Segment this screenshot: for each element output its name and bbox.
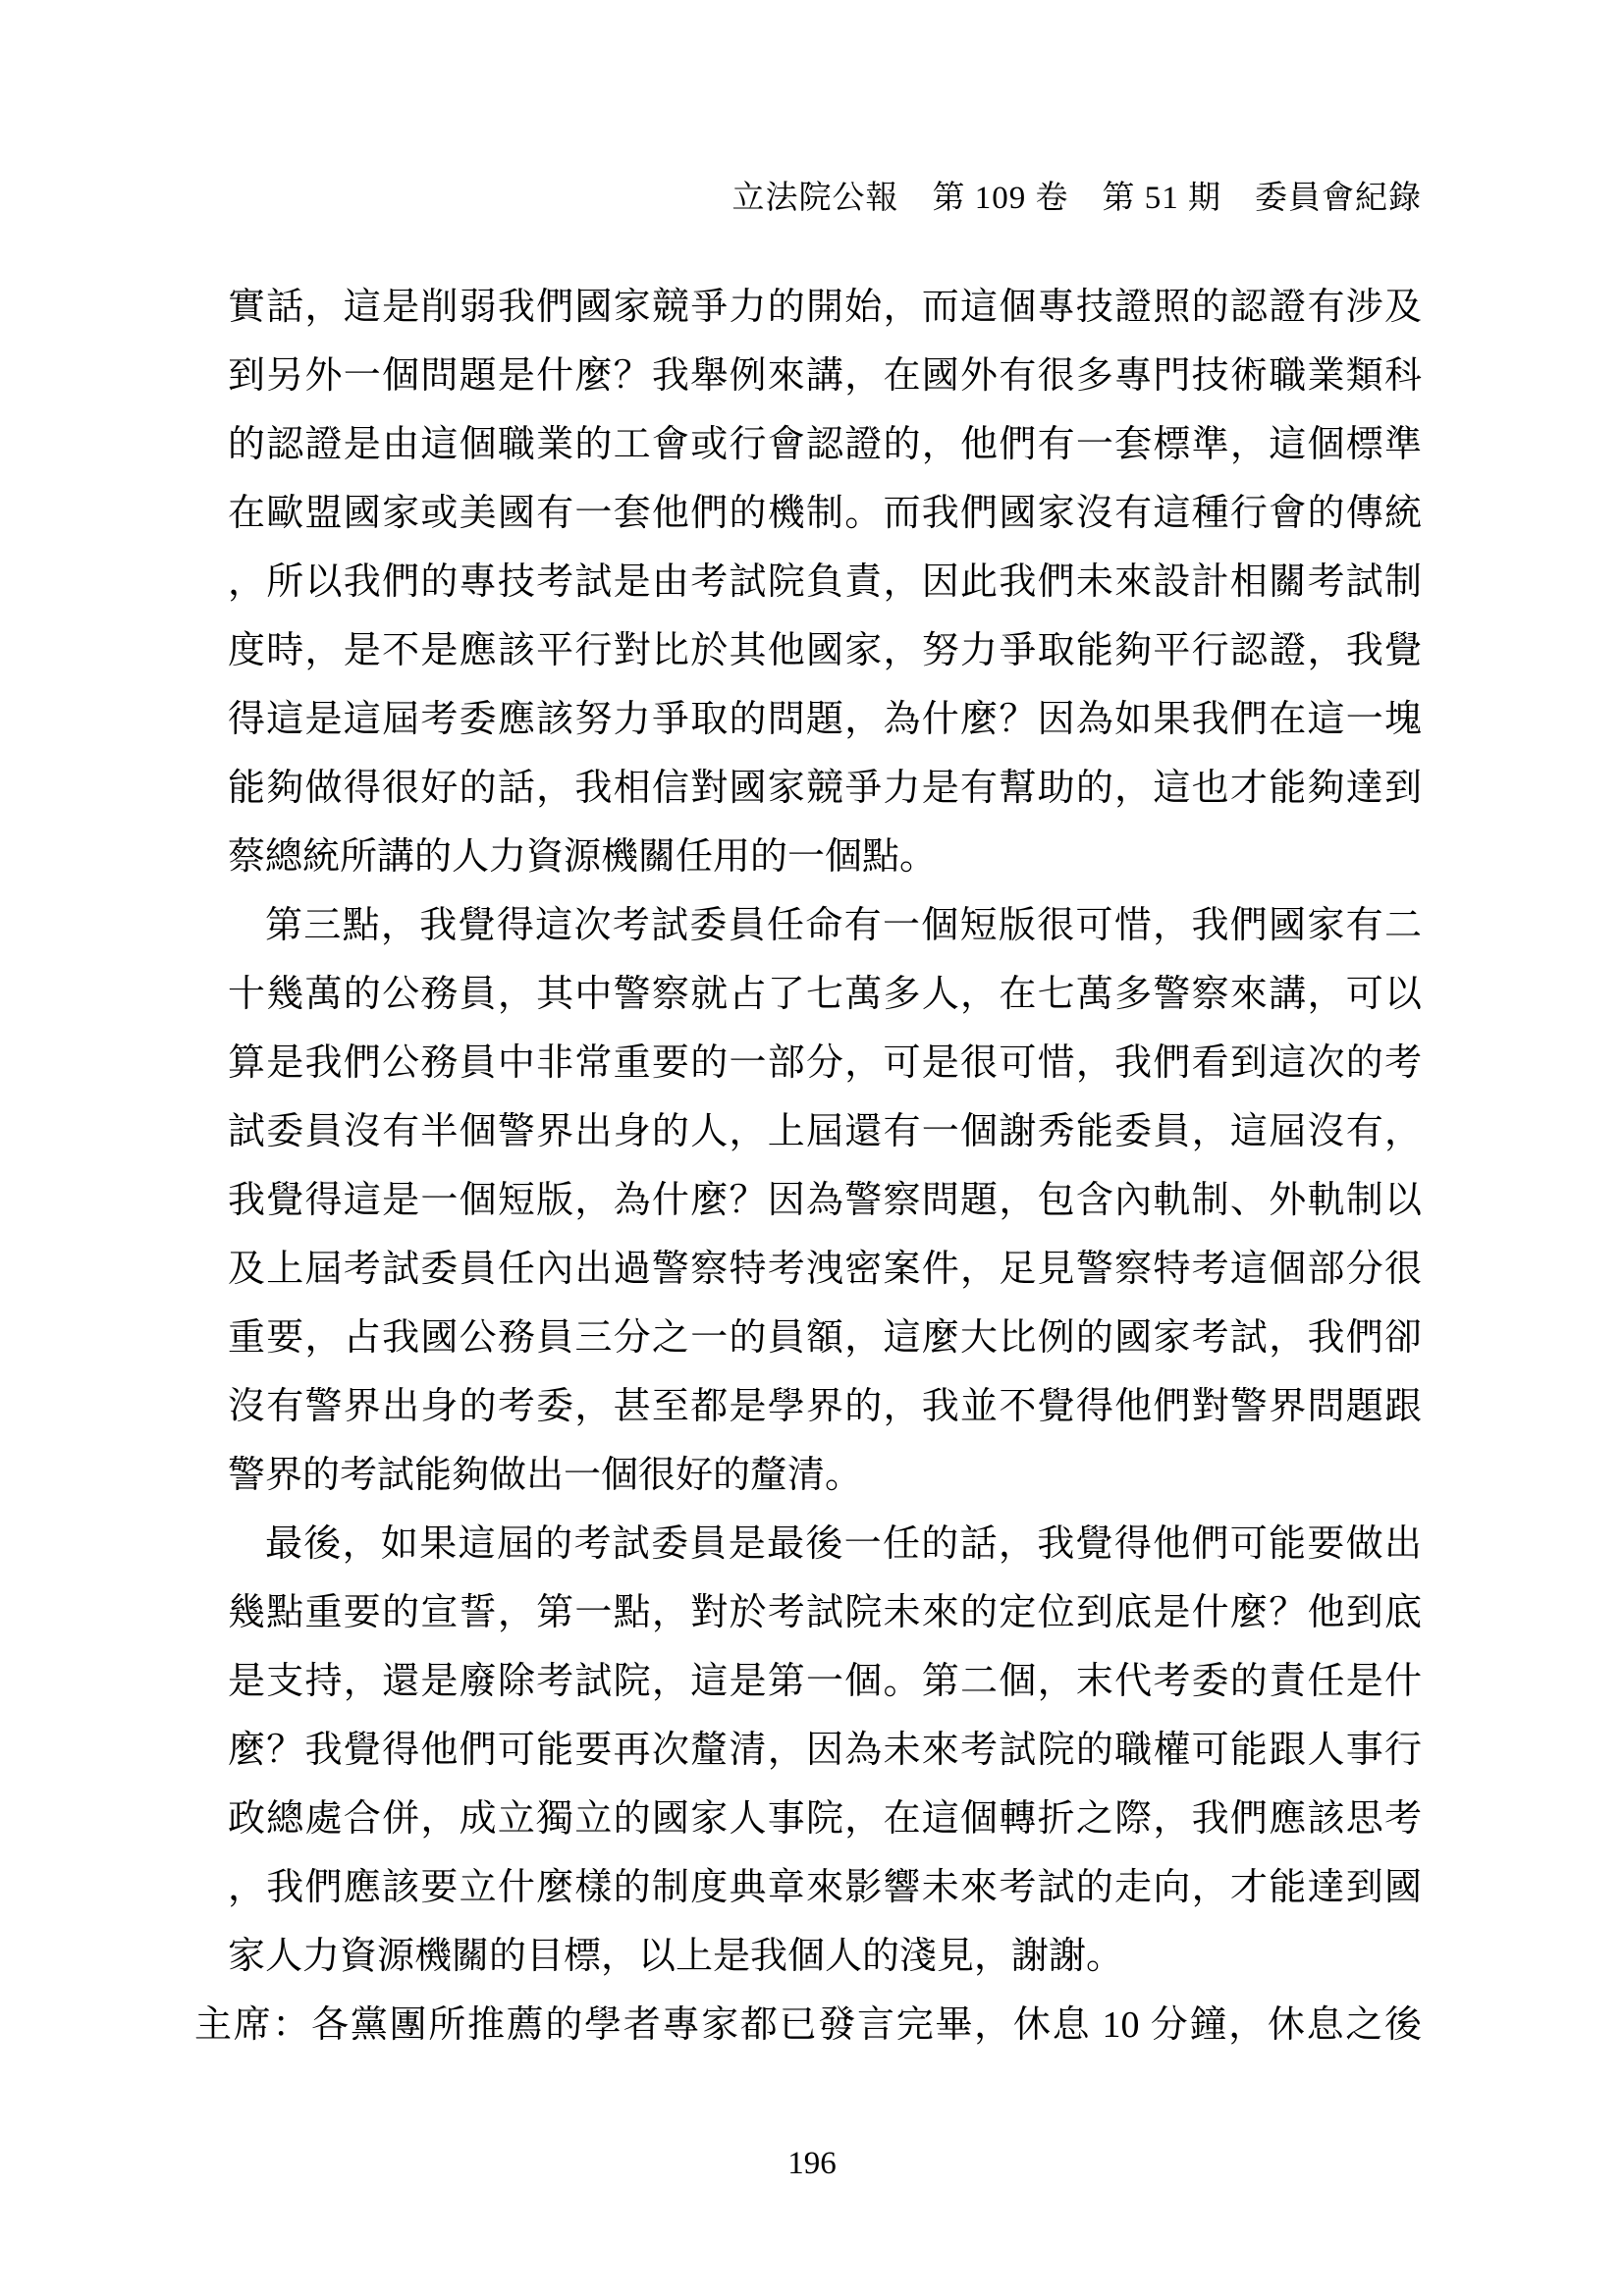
text-line-7: 得這是這屆考委應該努力爭取的問題，為什麼？因為如果我們在這一塊	[228, 685, 1422, 754]
text-line-21: 是支持，還是廢除考試院，這是第一個。第二個，末代考委的責任是什	[228, 1647, 1422, 1716]
text-line-11: 十幾萬的公務員，其中警察就占了七萬多人，在七萬多警察來講，可以	[228, 960, 1422, 1029]
text-line-16: 重要，占我國公務員三分之一的員額，這麼大比例的國家考試，我們卻	[228, 1304, 1422, 1372]
text-line-19: 最後，如果這屆的考試委員是最後一任的話，我覺得他們可能要做出	[228, 1510, 1422, 1578]
text-line-12: 算是我們公務員中非常重要的一部分，可是很可惜，我們看到這次的考	[228, 1029, 1422, 1097]
text-line-10: 第三點，我覺得這次考試委員任命有一個短版很可惜，我們國家有二	[228, 891, 1422, 960]
text-line-24: ，我們應該要立什麼樣的制度典章來影響未來考試的走向，才能達到國	[228, 1853, 1422, 1922]
text-line-17: 沒有警界出身的考委，甚至都是學界的，我並不覺得他們對警界問題跟	[228, 1372, 1422, 1441]
text-line-2: 到另外一個問題是什麼？我舉例來講，在國外有很多專門技術職業類科	[228, 342, 1422, 410]
text-line-14: 我覺得這是一個短版，為什麼？因為警察問題，包含內軌制、外軌制以	[228, 1166, 1422, 1235]
text-line-15: 及上屆考試委員任內出過警察特考洩密案件，足見警察特考這個部分很	[228, 1235, 1422, 1304]
text-line-20: 幾點重要的宣誓，第一點，對於考試院未來的定位到底是什麼？他到底	[228, 1578, 1422, 1647]
text-line-23: 政總處合併，成立獨立的國家人事院，在這個轉折之際，我們應該思考	[228, 1785, 1422, 1853]
gazette-page: 立法院公報 第 109 卷 第 51 期 委員會紀錄 實話，這是削弱我們國家競爭…	[0, 0, 1624, 2296]
page-number: 196	[0, 2142, 1624, 2185]
text-line-4: 在歐盟國家或美國有一套他們的機制。而我們國家沒有這種行會的傳統	[228, 479, 1422, 548]
text-line-8: 能夠做得很好的話，我相信對國家競爭力是有幫助的，這也才能夠達到	[228, 754, 1422, 823]
document-body: 實話，這是削弱我們國家競爭力的開始，而這個專技證照的認證有涉及到另外一個問題是什…	[228, 273, 1422, 2059]
text-line-25: 家人力資源機關的目標，以上是我個人的淺見，謝謝。	[228, 1922, 1422, 1991]
text-line-26: 主席：各黨團所推薦的學者專家都已發言完畢，休息 10 分鐘，休息之後	[194, 1991, 1422, 2059]
text-line-1: 實話，這是削弱我們國家競爭力的開始，而這個專技證照的認證有涉及	[228, 273, 1422, 342]
text-line-22: 麼？我覺得他們可能要再次釐清，因為未來考試院的職權可能跟人事行	[228, 1716, 1422, 1785]
text-line-6: 度時，是不是應該平行對比於其他國家，努力爭取能夠平行認證，我覺	[228, 616, 1422, 685]
text-line-13: 試委員沒有半個警界出身的人，上屆還有一個謝秀能委員，這屆沒有，	[228, 1097, 1422, 1166]
text-line-3: 的認證是由這個職業的工會或行會認證的，他們有一套標準，這個標準	[228, 410, 1422, 479]
running-header: 立法院公報 第 109 卷 第 51 期 委員會紀錄	[228, 177, 1422, 220]
text-line-9: 蔡總統所講的人力資源機關任用的一個點。	[228, 823, 1422, 891]
text-line-5: ，所以我們的專技考試是由考試院負責，因此我們未來設計相關考試制	[228, 548, 1422, 616]
text-line-18: 警界的考試能夠做出一個很好的釐清。	[228, 1441, 1422, 1510]
